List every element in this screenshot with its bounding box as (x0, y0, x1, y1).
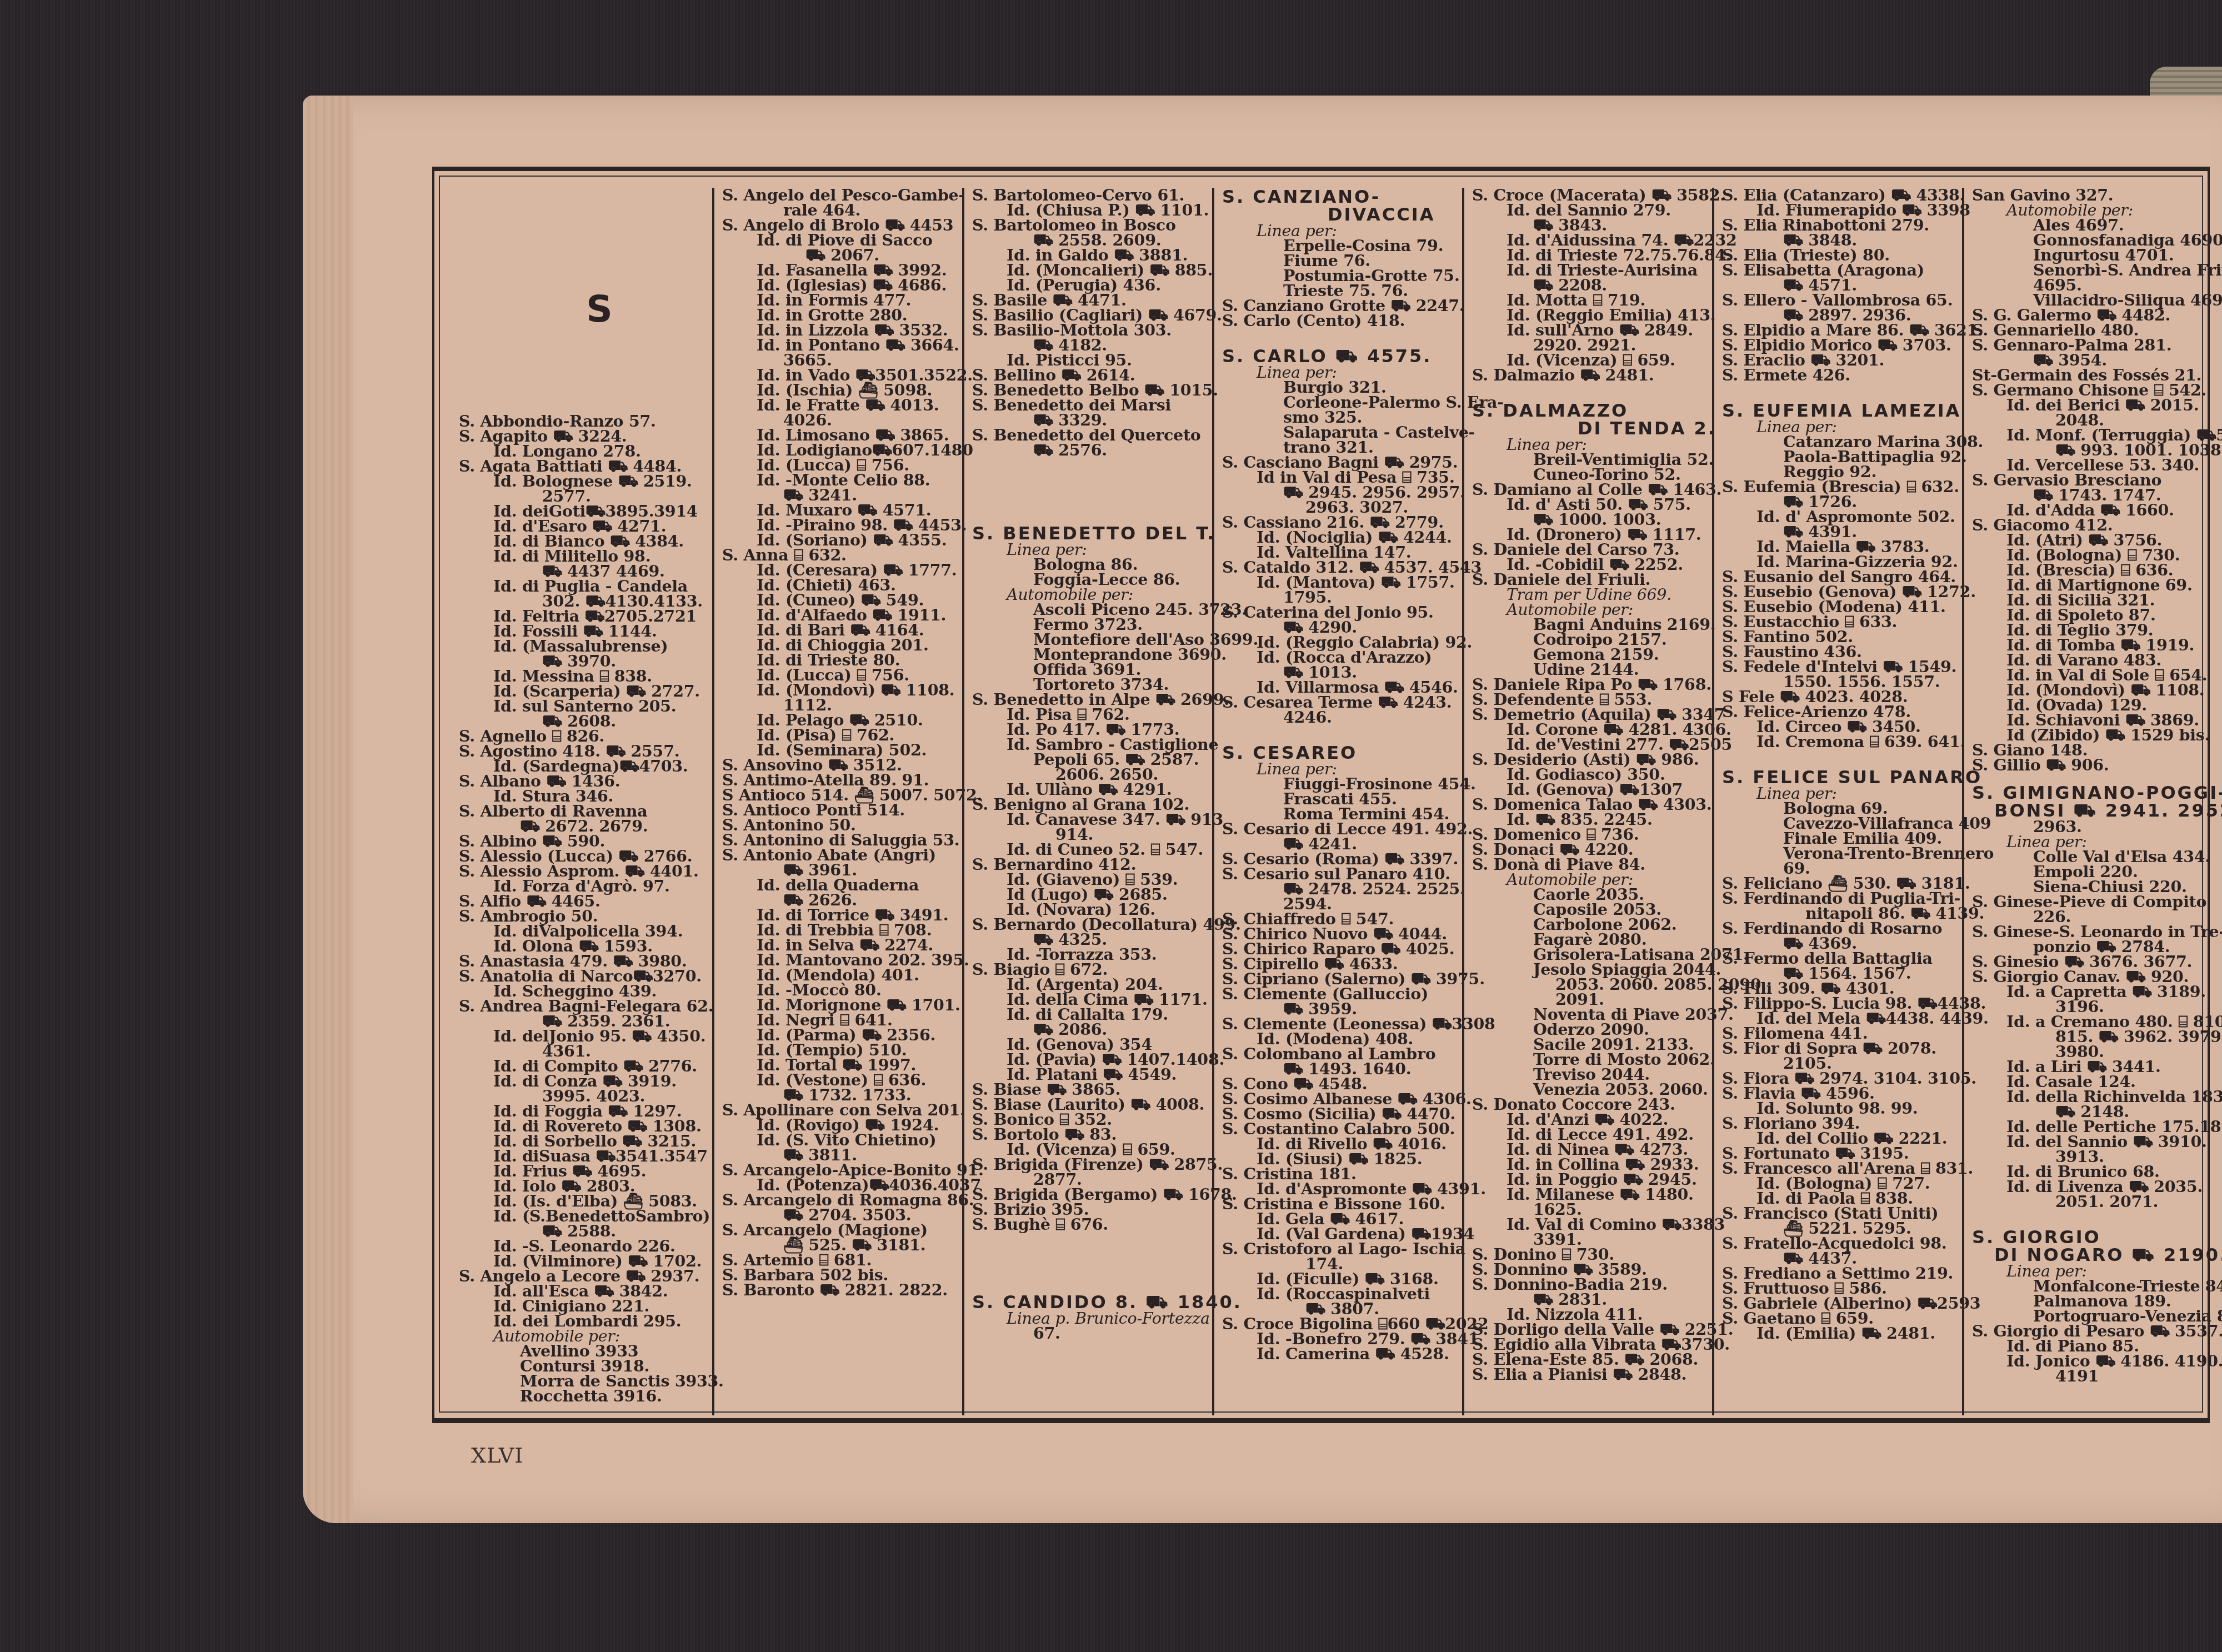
index-subentry: 4246. (1222, 710, 1457, 725)
index-entry: S. Elia a Pianisi ⛟ 2848. (1472, 1367, 1706, 1382)
index-subentry: 67. (972, 1326, 1207, 1341)
index-entry: S. Gillio ⛟ 906. (1972, 758, 2222, 773)
index-subentry: Id. le Fratte ⛟ 4013. (722, 398, 957, 413)
index-entry: S. Carlo (Cento) 418. (1222, 313, 1457, 328)
index-subentry: Foggia-Lecce 86. (972, 572, 1207, 587)
index-subentry: ⛟ 2576. (972, 443, 1207, 458)
station-heading: S. GIORGIO (1972, 1228, 2222, 1246)
route-label: Linea p. Brunico-Fortezza (972, 1311, 1207, 1326)
station-heading: S. CARLO ⛟ 4575. (1222, 347, 1457, 365)
page-number: XLVI (471, 1443, 523, 1468)
index-entry: S. Daniele del Friuli. (1472, 572, 1706, 587)
index-column-4: S. CANZIANO-DIVACCIALinea per:Erpelle-Co… (1212, 188, 1462, 1415)
index-subentry: Id. (Mondovì) ⛟ 1108. (722, 683, 957, 698)
station-heading: S. EUFEMIA LAMEZIA (1722, 402, 1956, 419)
index-subentry: Rocchetta 3916. (459, 1389, 707, 1404)
index-subentry: Verona-Trento-Brennero (1722, 846, 1956, 861)
index-column-1: SS. Abbondio-Ranzo 57.S. Agapito ⛟ 3224.… (451, 188, 712, 1415)
index-column-6: S. Elia (Catanzaro) ⛟ 4338.Id. Fiumerapi… (1712, 188, 1962, 1415)
index-column-7: San Gavino 327.Automobile per:Ales 4697.… (1962, 188, 2222, 1415)
station-heading: S. CESAREO (1222, 744, 1457, 762)
station-heading: DI TENDA 2. (1472, 419, 1706, 437)
index-subentry: Id. in Pontano ⛟ 3664. (722, 338, 957, 353)
station-heading: S. CANDIDO 8. ⛟ 1840. (972, 1293, 1207, 1311)
index-entry: S. Ginese-Pieve di Compito (1972, 894, 2222, 909)
index-subentry: 2963. (1972, 819, 2222, 834)
index-entry: San Gavino 327. (1972, 188, 2222, 203)
index-entry: S. Cesarea Terme ⛟ 4243. (1222, 695, 1457, 710)
index-column-5: S. Croce (Macerata) ⛟ 3582.Id. del Sanni… (1462, 188, 1712, 1415)
index-subentry: Senorbì-S. Andrea Frius (1972, 263, 2222, 278)
index-entry: S. Donà di Piave 84. (1472, 857, 1706, 872)
route-label: Tram per Udine 669. (1472, 587, 1706, 602)
station-heading: S. DALMAZZO (1472, 402, 1706, 419)
index-subentry: 4191 (1972, 1369, 2222, 1384)
index-subentry: Id. (Emilia) ⛟ 2481. (1722, 1326, 1956, 1341)
index-subentry: Id. Val di Comino ⛟3383 (1472, 1217, 1706, 1232)
index-entry: S. Dalmazio ⛟ 2481. (1472, 368, 1706, 383)
section-letter: S (459, 288, 707, 331)
station-heading: BONSI ⛟ 2941. 2952. (1972, 802, 2222, 819)
station-heading: S. BENEDETTO DEL T. (972, 524, 1207, 542)
index-entry: S. Fior di Sopra ⛟ 2078. (1722, 1041, 1956, 1056)
index-column-3: S. Bartolomeo-Cervo 61.Id. (Chiusa P.) ⛟… (962, 188, 1212, 1415)
station-heading: S. FELICE SUL PANARO (1722, 768, 1956, 786)
index-entry: S. Baronto ⛟ 2821. 2822. (722, 1283, 957, 1298)
index-subentry: Id. Milanese ⛟ 1480. (1472, 1187, 1706, 1202)
index-subentry: Id. Camerina ⛟ 4528. (1222, 1346, 1457, 1361)
station-heading: S. GIMIGNANO-POGGI- (1972, 784, 2222, 802)
index-entry: S. Bughè ⌸ 676. (972, 1217, 1207, 1232)
index-subentry: Id. Cremona ⌸ 639. 641. (1722, 734, 1956, 749)
station-heading: S. CANZIANO- (1222, 188, 1457, 206)
index-columns: SS. Abbondio-Ranzo 57.S. Agapito ⛟ 3224.… (451, 188, 2201, 1415)
index-entry: S. Ermete 426. (1722, 368, 1956, 383)
station-heading: DI NOGARO ⛟ 2190. (1972, 1246, 2222, 1264)
index-subentry: Id. dei Lombardi 295. (459, 1314, 707, 1329)
index-subentry: Id. (Mantova) ⛟ 1757. (1222, 575, 1457, 590)
index-column-2: S. Angelo del Pesco-Gambe-rale 464.S. An… (712, 188, 962, 1415)
index-entry: S. Brigida (Firenze) ⛟ 2875. (972, 1157, 1207, 1172)
index-subentry: ⛟ 2478. 2524. 2525. (1222, 882, 1457, 897)
index-subentry: 2051. 2071. (1972, 1194, 2222, 1209)
station-heading: DIVACCIA (1222, 206, 1457, 223)
page-edges (303, 96, 353, 1523)
